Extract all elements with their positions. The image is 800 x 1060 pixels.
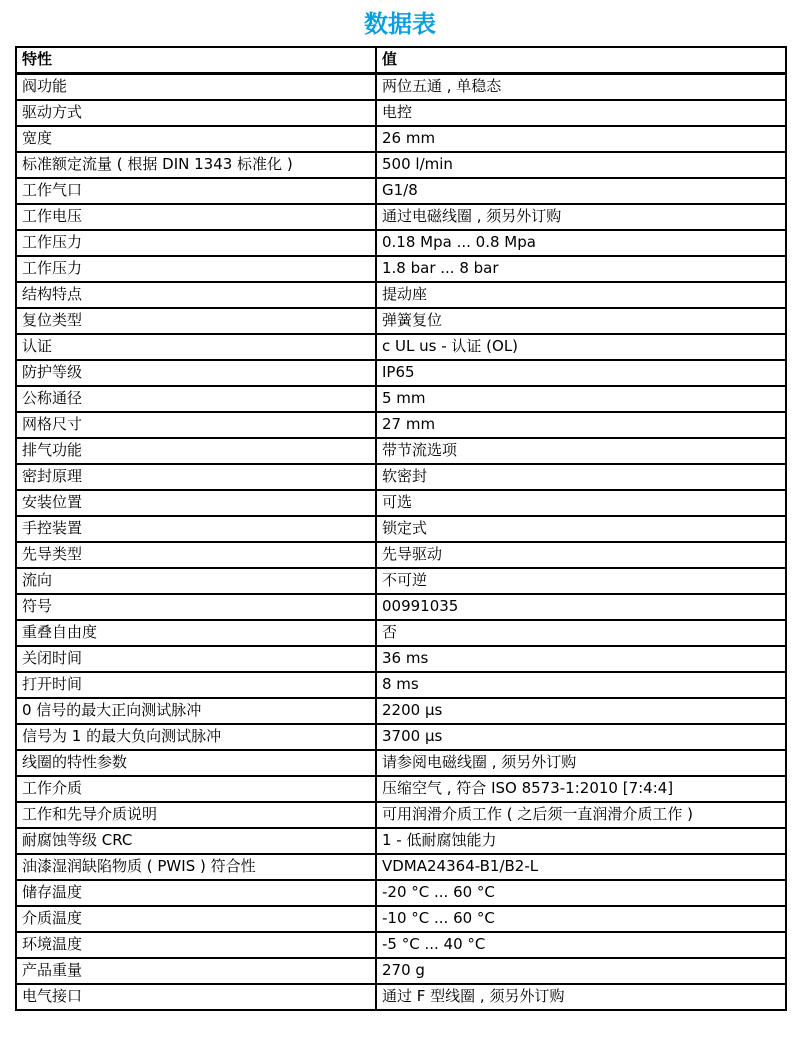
row-label: 防护等级 — [16, 360, 376, 386]
table-row: 工作气口G1/8 — [16, 178, 786, 204]
row-value: 先导驱动 — [376, 542, 786, 568]
column-header-value: 值 — [376, 47, 786, 74]
row-label: 认证 — [16, 334, 376, 360]
row-value: 1.8 bar ... 8 bar — [376, 256, 786, 282]
row-value: 5 mm — [376, 386, 786, 412]
row-label: 安装位置 — [16, 490, 376, 516]
row-label: 宽度 — [16, 126, 376, 152]
row-label: 公称通径 — [16, 386, 376, 412]
row-value: VDMA24364-B1/B2-L — [376, 854, 786, 880]
row-label: 工作压力 — [16, 256, 376, 282]
table-row: 储存温度-20 °C ... 60 °C — [16, 880, 786, 906]
table-row: 工作介质压缩空气 , 符合 ISO 8573-1:2010 [7:4:4] — [16, 776, 786, 802]
table-row: 公称通径5 mm — [16, 386, 786, 412]
row-value: 8 ms — [376, 672, 786, 698]
row-label: 密封原理 — [16, 464, 376, 490]
table-row: 复位类型弹簧复位 — [16, 308, 786, 334]
row-label: 排气功能 — [16, 438, 376, 464]
row-value: 弹簧复位 — [376, 308, 786, 334]
spec-table: 特性 值 阀功能两位五通 , 单稳态驱动方式电控宽度26 mm标准额定流量 ( … — [15, 46, 787, 1011]
page-title: 数据表 — [0, 9, 800, 39]
table-row: 信号为 1 的最大负向测试脉冲3700 µs — [16, 724, 786, 750]
table-row: 驱动方式电控 — [16, 100, 786, 126]
row-value: 可用润滑介质工作 ( 之后须一直润滑介质工作 ) — [376, 802, 786, 828]
row-value: 压缩空气 , 符合 ISO 8573-1:2010 [7:4:4] — [376, 776, 786, 802]
table-row: 工作压力0.18 Mpa ... 0.8 Mpa — [16, 230, 786, 256]
row-label: 工作介质 — [16, 776, 376, 802]
table-row: 环境温度-5 °C ... 40 °C — [16, 932, 786, 958]
table-row: 产品重量270 g — [16, 958, 786, 984]
table-row: 符号00991035 — [16, 594, 786, 620]
table-row: 耐腐蚀等级 CRC1 - 低耐腐蚀能力 — [16, 828, 786, 854]
row-value: 锁定式 — [376, 516, 786, 542]
table-row: 工作电压通过电磁线圈 , 须另外订购 — [16, 204, 786, 230]
row-label: 油漆湿润缺陷物质 ( PWIS ) 符合性 — [16, 854, 376, 880]
row-label: 手控装置 — [16, 516, 376, 542]
row-value: 通过电磁线圈 , 须另外订购 — [376, 204, 786, 230]
table-row: 线圈的特性参数请参阅电磁线圈 , 须另外订购 — [16, 750, 786, 776]
row-value: 请参阅电磁线圈 , 须另外订购 — [376, 750, 786, 776]
row-value: 27 mm — [376, 412, 786, 438]
row-label: 先导类型 — [16, 542, 376, 568]
row-value: 电控 — [376, 100, 786, 126]
row-value: 提动座 — [376, 282, 786, 308]
row-value: 3700 µs — [376, 724, 786, 750]
row-label: 标准额定流量 ( 根据 DIN 1343 标准化 ) — [16, 152, 376, 178]
row-label: 电气接口 — [16, 984, 376, 1010]
row-label: 0 信号的最大正向测试脉冲 — [16, 698, 376, 724]
row-label: 驱动方式 — [16, 100, 376, 126]
table-row: 排气功能带节流选项 — [16, 438, 786, 464]
row-label: 网格尺寸 — [16, 412, 376, 438]
row-value: 不可逆 — [376, 568, 786, 594]
row-value: 36 ms — [376, 646, 786, 672]
row-label: 工作和先导介质说明 — [16, 802, 376, 828]
table-row: 工作和先导介质说明可用润滑介质工作 ( 之后须一直润滑介质工作 ) — [16, 802, 786, 828]
row-label: 耐腐蚀等级 CRC — [16, 828, 376, 854]
row-label: 流向 — [16, 568, 376, 594]
table-row: 先导类型先导驱动 — [16, 542, 786, 568]
row-label: 工作压力 — [16, 230, 376, 256]
row-label: 信号为 1 的最大负向测试脉冲 — [16, 724, 376, 750]
row-label: 介质温度 — [16, 906, 376, 932]
table-row: 介质温度-10 °C ... 60 °C — [16, 906, 786, 932]
table-row: 关闭时间36 ms — [16, 646, 786, 672]
row-value: G1/8 — [376, 178, 786, 204]
table-row: 认证c UL us - 认证 (OL) — [16, 334, 786, 360]
row-value: 00991035 — [376, 594, 786, 620]
row-value: c UL us - 认证 (OL) — [376, 334, 786, 360]
row-value: 1 - 低耐腐蚀能力 — [376, 828, 786, 854]
table-row: 重叠自由度否 — [16, 620, 786, 646]
table-row: 0 信号的最大正向测试脉冲2200 µs — [16, 698, 786, 724]
row-value: 可选 — [376, 490, 786, 516]
row-label: 阀功能 — [16, 74, 376, 101]
table-row: 电气接口通过 F 型线圈 , 须另外订购 — [16, 984, 786, 1010]
column-header-characteristic: 特性 — [16, 47, 376, 74]
table-row: 标准额定流量 ( 根据 DIN 1343 标准化 )500 l/min — [16, 152, 786, 178]
row-value: 软密封 — [376, 464, 786, 490]
table-row: 网格尺寸27 mm — [16, 412, 786, 438]
table-row: 阀功能两位五通 , 单稳态 — [16, 74, 786, 101]
row-value: 500 l/min — [376, 152, 786, 178]
row-value: 2200 µs — [376, 698, 786, 724]
table-row: 宽度26 mm — [16, 126, 786, 152]
table-row: 工作压力1.8 bar ... 8 bar — [16, 256, 786, 282]
table-row: 打开时间8 ms — [16, 672, 786, 698]
table-row: 流向不可逆 — [16, 568, 786, 594]
row-value: 通过 F 型线圈 , 须另外订购 — [376, 984, 786, 1010]
row-value: 两位五通 , 单稳态 — [376, 74, 786, 101]
row-label: 储存温度 — [16, 880, 376, 906]
row-value: -10 °C ... 60 °C — [376, 906, 786, 932]
row-label: 复位类型 — [16, 308, 376, 334]
row-label: 关闭时间 — [16, 646, 376, 672]
row-label: 产品重量 — [16, 958, 376, 984]
table-row: 密封原理软密封 — [16, 464, 786, 490]
row-value: 0.18 Mpa ... 0.8 Mpa — [376, 230, 786, 256]
table-row: 手控装置锁定式 — [16, 516, 786, 542]
table-row: 油漆湿润缺陷物质 ( PWIS ) 符合性VDMA24364-B1/B2-L — [16, 854, 786, 880]
row-label: 符号 — [16, 594, 376, 620]
datasheet-page: 数据表 特性 值 阀功能两位五通 , 单稳态驱动方式电控宽度26 mm标准额定流… — [0, 0, 800, 1060]
row-label: 打开时间 — [16, 672, 376, 698]
row-value: 带节流选项 — [376, 438, 786, 464]
row-label: 工作气口 — [16, 178, 376, 204]
table-row: 安装位置可选 — [16, 490, 786, 516]
row-value: -5 °C ... 40 °C — [376, 932, 786, 958]
row-label: 环境温度 — [16, 932, 376, 958]
header-row: 特性 值 — [16, 47, 786, 74]
row-label: 线圈的特性参数 — [16, 750, 376, 776]
row-label: 重叠自由度 — [16, 620, 376, 646]
table-row: 防护等级IP65 — [16, 360, 786, 386]
row-value: 26 mm — [376, 126, 786, 152]
table-row: 结构特点提动座 — [16, 282, 786, 308]
row-value: 270 g — [376, 958, 786, 984]
table-body: 阀功能两位五通 , 单稳态驱动方式电控宽度26 mm标准额定流量 ( 根据 DI… — [16, 74, 786, 1011]
row-value: IP65 — [376, 360, 786, 386]
row-label: 结构特点 — [16, 282, 376, 308]
row-value: -20 °C ... 60 °C — [376, 880, 786, 906]
row-value: 否 — [376, 620, 786, 646]
row-label: 工作电压 — [16, 204, 376, 230]
